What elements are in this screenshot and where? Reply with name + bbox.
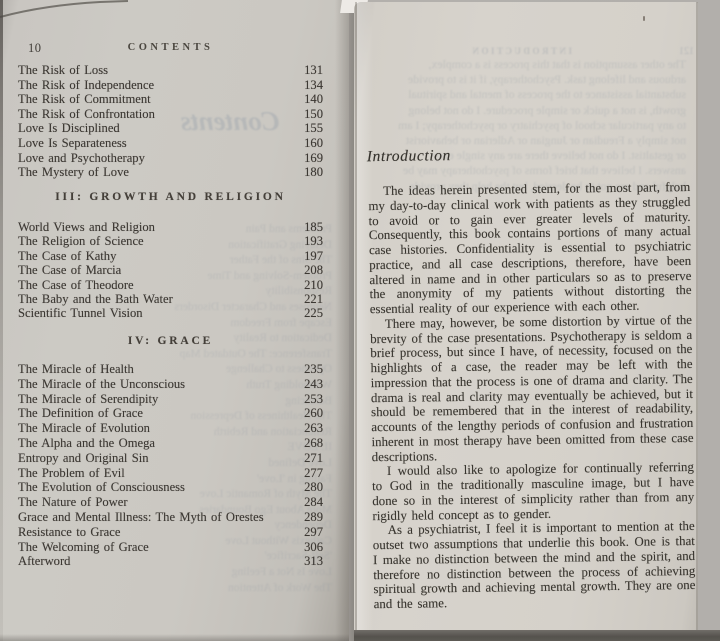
toc-entry: Grace and Mental Illness: The Myth of Or…: [18, 510, 323, 525]
paragraph: The ideas herein presented stem, for the…: [368, 180, 692, 317]
toc-entry-title: The Definition of Grace: [18, 406, 295, 421]
toc-section-grace: The Miracle of Health235The Miracle of t…: [18, 362, 323, 569]
toc-entry-title: The Problem of Evil: [18, 466, 295, 481]
toc-entry: The Nature of Power284: [18, 495, 323, 510]
toc-entry-title: The Risk of Confrontation: [18, 107, 295, 122]
toc-entry-page-number: 277: [295, 466, 323, 481]
toc-entry-title: The Miracle of Health: [18, 362, 295, 377]
toc-entry-title: The Baby and the Bath Water: [18, 292, 295, 306]
toc-entry-page-number: 306: [295, 540, 323, 555]
toc-entry-page-number: 289: [295, 510, 323, 525]
toc-entry: The Alpha and the Omega268: [18, 436, 323, 451]
toc-entry-title: The Evolution of Consciousness: [18, 480, 295, 495]
toc-entry-page-number: 208: [295, 263, 323, 277]
toc-entry-page-number: 169: [295, 151, 323, 166]
toc-entry-title: The Alpha and the Omega: [18, 436, 295, 451]
toc-entry-title: Grace and Mental Illness: The Myth of Or…: [18, 510, 295, 525]
toc-entry-page-number: 180: [295, 165, 323, 180]
toc-entry: The Evolution of Consciousness280: [18, 480, 323, 495]
toc-entry-page-number: 134: [295, 78, 323, 93]
toc-entry-page-number: 225: [295, 306, 323, 320]
toc-entry-title: The Miracle of the Unconscious: [18, 377, 295, 392]
paragraph: There may, however, be some distortion b…: [370, 313, 694, 465]
toc-entry-title: Scientific Tunnel Vision: [18, 306, 295, 320]
toc-entry-title: The Nature of Power: [18, 495, 295, 510]
toc-entry-page-number: 280: [295, 480, 323, 495]
toc-entry: The Baby and the Bath Water221: [18, 292, 323, 306]
toc-entry-page-number: 235: [295, 362, 323, 377]
toc-entry-page-number: 131: [295, 63, 323, 78]
chapter-heading: Introduction: [367, 147, 451, 166]
toc-entry: The Miracle of Health235: [18, 362, 323, 377]
toc-entry-title: Love and Psychotherapy: [18, 151, 295, 166]
introduction-text: The ideas herein presented stem, for the…: [368, 180, 696, 612]
left-page-bottom-shadow: [0, 634, 349, 641]
toc-entry: World Views and Religion185: [18, 220, 323, 234]
toc-entry: Resistance to Grace297: [18, 525, 323, 540]
toc-entry-title: Love Is Separateness: [18, 136, 295, 151]
toc-entry-title: Entropy and Original Sin: [18, 451, 295, 466]
book-photo: Contents Problems and PainDelaying Grati…: [0, 0, 720, 641]
toc-entry-title: Afterword: [18, 554, 295, 569]
toc-entry: The Miracle of Evolution263: [18, 421, 323, 436]
toc-entry-title: The Mystery of Love: [18, 165, 295, 180]
toc-entry-title: Resistance to Grace: [18, 525, 295, 540]
toc-entry-page-number: 221: [295, 292, 323, 306]
toc-entry-page-number: 193: [295, 234, 323, 248]
toc-entry-page-number: 185: [295, 220, 323, 234]
paragraph: I would also like to apologize for conti…: [372, 460, 695, 523]
toc-entry: Love Is Separateness160: [18, 136, 323, 151]
toc-entry-title: The Risk of Loss: [18, 63, 295, 78]
toc-entry: The Miracle of Serendipity253: [18, 392, 323, 407]
toc-section-growth-religion: World Views and Religion185The Religion …: [18, 220, 323, 321]
toc-entry-page-number: 313: [295, 554, 323, 569]
toc-entry-page-number: 197: [295, 249, 323, 263]
toc-entry: The Definition of Grace260: [18, 406, 323, 421]
left-page-header: 10 CONTENTS: [18, 41, 323, 55]
toc-entry-page-number: 268: [295, 436, 323, 451]
toc-entry: The Welcoming of Grace306: [18, 540, 323, 555]
toc-entry-title: The Risk of Commitment: [18, 92, 295, 107]
running-head: CONTENTS: [18, 42, 323, 53]
toc-entry-page-number: 284: [295, 495, 323, 510]
toc-entry: The Case of Kathy197: [18, 249, 323, 263]
paragraph: As a psychiatrist, I feel it is importan…: [373, 519, 696, 612]
right-page-content: Introduction The ideas herein presented …: [349, 0, 701, 630]
toc-entry: The Risk of Independence134: [18, 78, 323, 93]
toc-entry: The Case of Theodore210: [18, 278, 323, 292]
toc-entry: The Miracle of the Unconscious243: [18, 377, 323, 392]
toc-entry: The Mystery of Love180: [18, 165, 323, 180]
toc-entry: The Case of Marcia208: [18, 263, 323, 277]
table-surface: [354, 630, 720, 641]
toc-entry-title: World Views and Religion: [18, 220, 295, 234]
toc-entry: The Risk of Confrontation150: [18, 107, 323, 122]
toc-entry-title: The Case of Kathy: [18, 249, 295, 263]
toc-entry-page-number: 160: [295, 136, 323, 151]
toc-entry: Love Is Disciplined155: [18, 121, 323, 136]
toc-entry-page-number: 210: [295, 278, 323, 292]
toc-entry-page-number: 253: [295, 392, 323, 407]
toc-entry: Entropy and Original Sin271: [18, 451, 323, 466]
toc-entry: Love and Psychotherapy169: [18, 151, 323, 166]
toc-entry-page-number: 271: [295, 451, 323, 466]
toc-entry-title: The Miracle of Serendipity: [18, 392, 295, 407]
toc-section-love: The Risk of Loss131The Risk of Independe…: [18, 63, 323, 180]
toc-entry-title: The Case of Theodore: [18, 278, 295, 292]
toc-entry-page-number: 140: [295, 92, 323, 107]
left-page-edge: [0, 0, 3, 641]
left-page: Contents Problems and PainDelaying Grati…: [0, 0, 349, 641]
toc-entry-title: The Miracle of Evolution: [18, 421, 295, 436]
toc-entry-title: Love Is Disciplined: [18, 121, 295, 136]
right-page: INTRODUCTION 121 The other assumption is…: [354, 2, 698, 632]
toc-entry-page-number: 243: [295, 377, 323, 392]
toc-entry-title: The Case of Marcia: [18, 263, 295, 277]
toc-entry: The Religion of Science193: [18, 234, 323, 248]
toc-entry-page-number: 297: [295, 525, 323, 540]
page-edge-curve: [0, 0, 140, 26]
toc-entry-title: The Welcoming of Grace: [18, 540, 295, 555]
toc-entry-title: The Religion of Science: [18, 234, 295, 248]
toc-entry-page-number: 150: [295, 107, 323, 122]
toc-entry-title: The Risk of Independence: [18, 78, 295, 93]
section-heading-growth-religion: III: GROWTH AND RELIGION: [18, 191, 323, 203]
section-heading-grace: IV: GRACE: [18, 335, 323, 347]
toc-entry: Afterword313: [18, 554, 323, 569]
toc-entry-page-number: 260: [295, 406, 323, 421]
toc-entry: The Risk of Commitment140: [18, 92, 323, 107]
toc-entry: The Problem of Evil277: [18, 466, 323, 481]
toc-entry: Scientific Tunnel Vision225: [18, 306, 323, 320]
toc-entry-page-number: 263: [295, 421, 323, 436]
toc-entry: The Risk of Loss131: [18, 63, 323, 78]
toc-entry-page-number: 155: [295, 121, 323, 136]
